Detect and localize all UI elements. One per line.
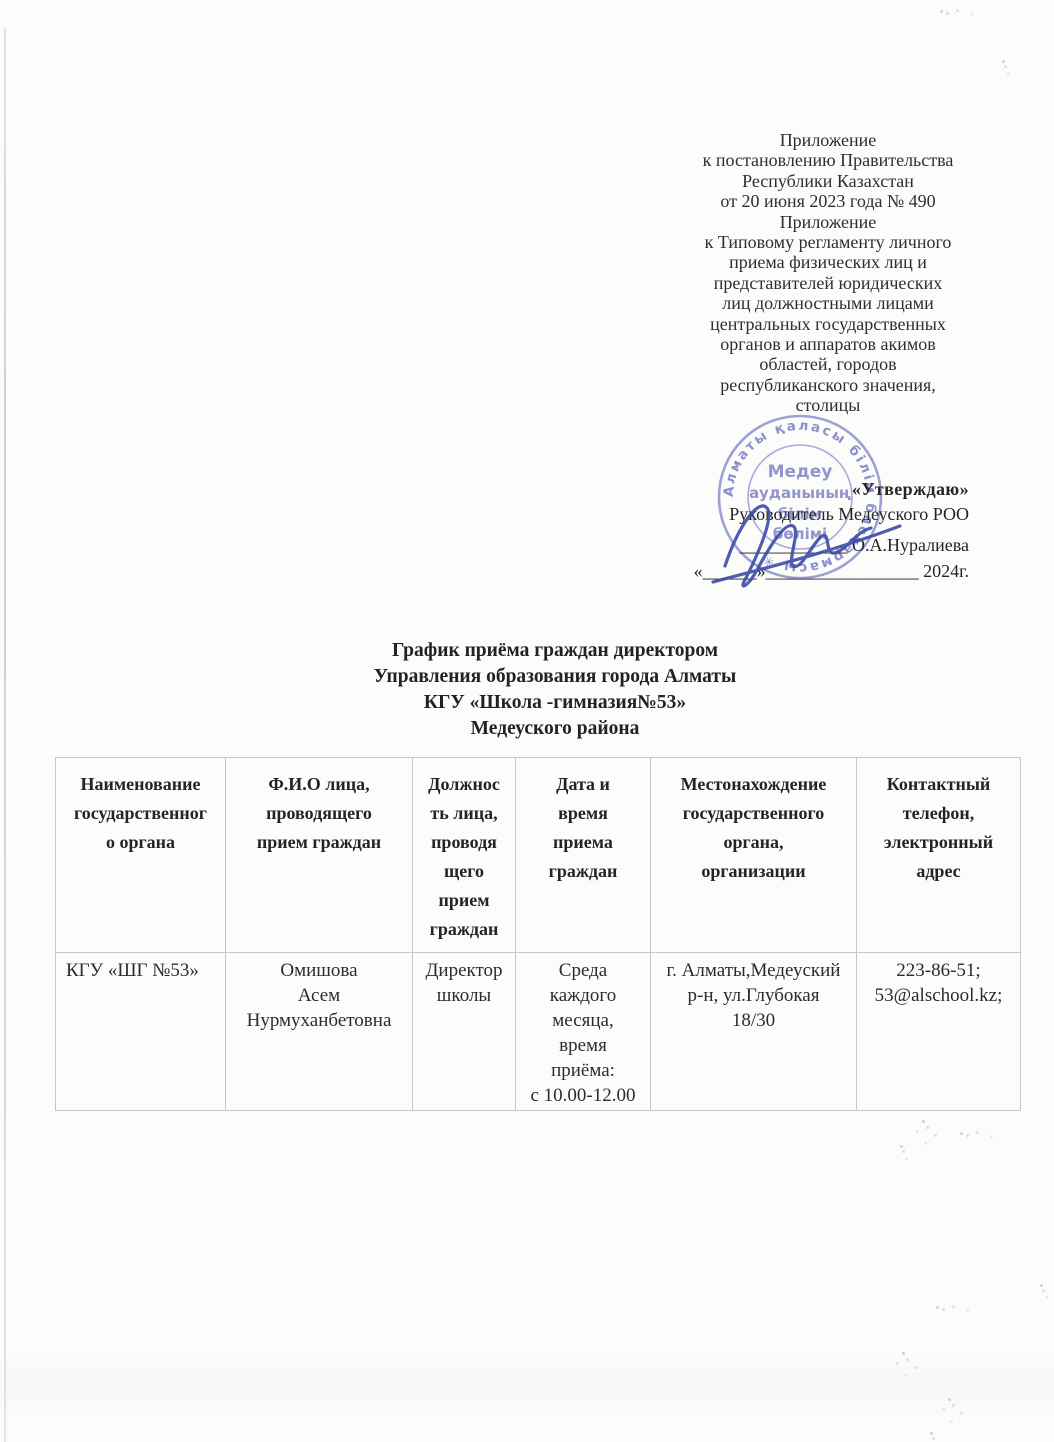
column-header-datetime: Дата и время приема граждан [516,758,651,953]
document-title: График приёма граждан директором Управле… [160,638,950,742]
cell-datetime: Среда каждого месяца, время приёма: с 10… [516,953,651,1111]
cell-contact: 223-86-51; 53@alschool.kz; [857,953,1021,1111]
appendix-reference-block: Приложение к постановлению Правительства… [618,130,1038,416]
column-header-position: Должнос ть лица, проводя щего прием граж… [413,758,516,953]
table-header-row: Наименование государственног о органа Ф.… [56,758,1021,953]
cell-org: КГУ «ШГ №53» [56,953,226,1111]
scan-noise [936,1306,939,1309]
reception-schedule-table: Наименование государственног о органа Ф.… [55,757,1021,1111]
scan-noise [1002,60,1005,63]
column-header-contact: Контактный телефон, электронный адрес [857,758,1021,953]
signature-scribble [713,506,900,586]
scan-noise [940,10,943,13]
signature [695,468,925,598]
scan-noise [900,1145,903,1148]
scan-noise [930,1432,933,1435]
column-header-fio: Ф.И.О лица, проводящего прием граждан [226,758,413,953]
table-row: КГУ «ШГ №53» Омишова Асем Нурмуханбетовн… [56,953,1021,1111]
column-header-org: Наименование государственног о органа [56,758,226,953]
column-header-location: Местонахождение государственного органа,… [651,758,857,953]
scan-noise [960,1132,963,1135]
scan-page-edge [4,28,6,1442]
scan-noise [1040,1284,1043,1287]
scan-noise [922,1120,925,1123]
cell-fio: Омишова Асем Нурмуханбетовна [226,953,413,1111]
scan-noise [0,1350,1054,1420]
cell-position: Директор школы [413,953,516,1111]
scanned-document-page: Приложение к постановлению Правительства… [0,0,1054,1442]
cell-location: г. Алматы,Медеуский р-н, ул.Глубокая 18/… [651,953,857,1111]
